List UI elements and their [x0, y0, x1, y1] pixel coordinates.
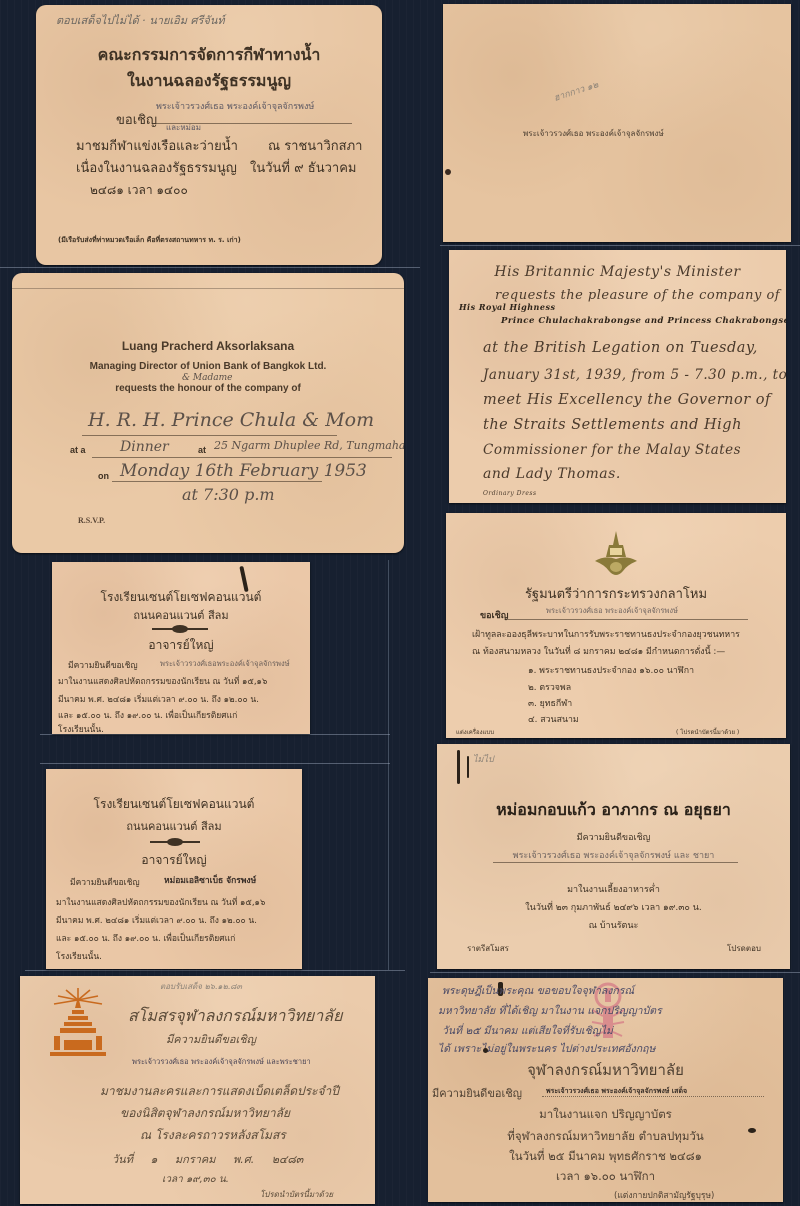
invitation-card-school-exhibition-1: โรงเรียนเซนต์โยเซฟคอนแวนต์ ถนนคอนแวนต์ ส…	[52, 562, 310, 734]
handwritten-note: ตอบเสด็จไปไม่ได้ · นายเอิม ศรีจันท์	[56, 11, 225, 29]
event-time: at 7:30 p.m	[182, 485, 275, 504]
body-line: มาในงานแสดงศิลปหัตถกรรมของนักเรียน ณ วัน…	[58, 674, 267, 688]
host-title: อาจารย์ใหญ่	[46, 851, 302, 870]
school-address: ถนนคอนแวนต์ สีลม	[52, 606, 310, 624]
body-line: เฝ้าทูลละอองธุลีพระบาทในการรับพระราชทานธ…	[472, 627, 740, 641]
invitation-card-water-sports: ตอบเสด็จไปไม่ได้ · นายเอิม ศรีจันท์ คณะก…	[36, 5, 382, 265]
invitee-name: พระเจ้าวรวงศ์เธอ พระองค์เจ้าจุลจักรพงษ์ …	[437, 848, 790, 862]
event-time: เวลา ๑๙,๓๐ น.	[162, 1172, 229, 1187]
invite-label: ขอเชิญ	[480, 608, 508, 622]
dress-code: แต่งเครื่องแบบ	[456, 727, 494, 737]
date-label: on	[98, 471, 109, 481]
university-title: จุฬาลงกรณ์มหาวิทยาลัย	[428, 1058, 783, 1082]
body-line: และ ๑๕.๐๐ น. ถึง ๑๙.๐๐ น. เพื่อเป็นเกียร…	[56, 931, 235, 945]
envelope-card: ฮากกาว ๑๒ พระเจ้าวรวงศ์เธอ พระองค์เจ้าจุ…	[443, 4, 791, 242]
body-line: มีนาคม พ.ศ. ๒๔๘๑ เริ่มแต่เวลา ๙.๐๐ น. ถึ…	[58, 692, 259, 706]
host-title: Managing Director of Union Bank of Bangk…	[12, 361, 404, 372]
date-text: ในวันที่ ๙ ธันวาคม	[250, 157, 356, 178]
ink-mark	[457, 750, 460, 784]
venue: 25 Ngarm Dhuplee Rd, Tungmahamek	[214, 439, 404, 452]
card-title: คณะกรรมการจัดการกีฬาทางน้ำ	[36, 43, 382, 68]
invitation-card-school-exhibition-2: โรงเรียนเซนต์โยเซฟคอนแวนต์ ถนนคอนแวนต์ ส…	[46, 769, 302, 969]
invitation-card-defence-ministry: รัฐมนตรีว่าการกระทรวงกลาโหม ขอเชิญ พระเจ…	[446, 513, 786, 738]
rsvp-label: โปรดตอบ	[727, 942, 761, 955]
body-line: the Straits Settlements and High	[483, 417, 742, 433]
invitation-card-british-legation: His Britannic Majesty's Minister request…	[449, 250, 786, 503]
intro-line: มีความยินดีขอเชิญ	[166, 1030, 256, 1048]
sleeve-edge	[40, 763, 390, 764]
body-line: มาชมงานละครและการแสดงเบ็ดเตล็ดประจำปี	[100, 1082, 339, 1101]
bring-card-note: ( โปรดนำบัตรนี้มาด้วย )	[676, 727, 739, 737]
body-text: เนื่องในงานฉลองรัฐธรรมนูญ	[76, 157, 237, 178]
invitee-extra: และหม่อม	[166, 121, 201, 134]
event-date: วันที่ ๑ มกราคม พ.ศ. ๒๔๘๓	[112, 1150, 303, 1168]
host-name: หม่อมกอบแก้ว อาภากร ณ อยุธยา	[437, 798, 790, 823]
pencil-note: ไม่ไป	[473, 752, 494, 766]
body-line: meet His Excellency the Governor of	[483, 392, 771, 408]
event-line: มาในงานแจก ปริญญาบัตร	[428, 1106, 783, 1124]
sleeve-edge	[25, 970, 405, 971]
body-line: Commissioner for the Malay States	[483, 442, 741, 458]
dress-code: Ordinary Dress	[483, 490, 537, 497]
guest-name: Prince Chulachakrabongse and Princess Ch…	[501, 316, 786, 326]
host-name: Luang Pracherd Aksorlaksana	[12, 339, 404, 353]
sleeve-edge	[0, 267, 420, 268]
bring-card-note: โปรดนำบัตรนี้มาด้วย	[260, 1188, 333, 1201]
chula-university-emblem-icon	[46, 986, 110, 1062]
sleeve-edge	[430, 972, 800, 973]
sleeve-edge	[40, 734, 390, 735]
addressee: พระเจ้าวรวงศ์เธอ พระองค์เจ้าจุลจักรพงษ์	[523, 127, 664, 140]
date-time-text: ๒๔๘๑ เวลา ๑๔๐๐	[90, 181, 188, 200]
request-line: requests the pleasure of the company of	[495, 288, 780, 303]
body-line: โรงเรียนนั้น.	[58, 722, 104, 734]
event-type: Dinner	[120, 439, 169, 455]
event-date: Monday 16th February 1953	[120, 461, 367, 481]
body-line: และ ๑๕.๐๐ น. ถึง ๑๙.๐๐ น. เพื่อเป็นเกียร…	[58, 708, 237, 722]
school-name: โรงเรียนเซนต์โยเซฟคอนแวนต์	[52, 588, 310, 607]
body-line: January 31st, 1939, from 5 - 7.30 p.m., …	[483, 367, 786, 383]
event-line: มาในงานเลี้ยงอาหารค่ำ	[437, 882, 790, 896]
club-title: สโมสรจุฬาลงกรณ์มหาวิทยาลัย	[128, 1004, 342, 1029]
schedule-item: ๒. ตรวจพล	[528, 680, 571, 694]
handwritten-reply-line: วันที่ ๒๕ มีนาคม แต่เสียใจที่รับเชิญไม่	[442, 1022, 613, 1039]
pencil-mark: ฮากกาว ๑๒	[552, 77, 600, 105]
invitation-card-chula-graduation: พระดุษฎีเป็นพระคุณ ขอขอบใจจุฬาลงกรณ์ มหา…	[428, 978, 783, 1202]
invite-label: มีความยินดีขอเชิญ	[70, 875, 140, 889]
royal-crest-icon	[593, 531, 639, 581]
request-line: requests the honour of the company of	[12, 383, 404, 394]
venue-label: at	[198, 445, 206, 455]
invite-label: ขอเชิญ	[116, 109, 157, 130]
body-text: มาชมกีฬาแข่งเรือและว่ายน้ำ	[76, 135, 238, 156]
body-line: and Lady Thomas.	[483, 466, 621, 482]
sleeve-edge	[440, 245, 800, 246]
host-name: His Britannic Majesty's Minister	[449, 264, 786, 280]
card-subtitle: ในงานฉลองรัฐธรรมนูญ	[36, 69, 382, 94]
handwritten-reply-line: ได้ เพราะไม่อยู่ในพระนคร ไปต่างประเทศอัง…	[438, 1040, 655, 1057]
invitee-name: พระเจ้าวรวงศ์เธอ พระองค์เจ้าจุลจักรพงษ์	[546, 605, 678, 617]
handwritten-addition: & Madame	[182, 373, 232, 383]
body-line: มีนาคม พ.ศ. ๒๔๘๑ เริ่มแต่เวลา ๙.๐๐ น. ถึ…	[56, 913, 257, 927]
school-address: ถนนคอนแวนต์ สีลม	[46, 817, 302, 835]
venue-line: ณ บ้านรัตนะ	[437, 918, 790, 932]
invitation-card-dinner-baan-ratana: ไม่ไป หม่อมกอบแก้ว อาภากร ณ อยุธยา มีควา…	[437, 744, 790, 969]
event-label: at a	[70, 445, 86, 455]
host-title: อาจารย์ใหญ่	[52, 636, 310, 655]
invitation-card-chula-club-theatre: ตอบรับเสด็จ ๒๖.๑๒.๘๓ สโมสรจุฬาลงกรณ์มหาว…	[20, 976, 375, 1204]
invite-label: มีความยินดีขอเชิญ	[68, 658, 138, 672]
body-line: ณ โรงละครถาวรหลังสโมสร	[140, 1126, 286, 1145]
intro-line: มีความยินดีขอเชิญ	[432, 1084, 522, 1102]
body-line: ของนิสิตจุฬาลงกรณ์มหาวิทยาลัย	[120, 1104, 290, 1123]
ink-mark	[467, 756, 469, 778]
ornament-divider	[150, 841, 200, 843]
date-line: ในวันที่ ๒๕ มีนาคม พุทธศักราช ๒๔๘๑	[428, 1148, 783, 1166]
guest-title: His Royal Highness	[459, 302, 555, 312]
sleeve-edge	[388, 560, 389, 970]
invitee-name: พระเจ้าวรวงศ์เธอ พระองค์เจ้าจุลจักรพงษ์ …	[132, 1056, 311, 1068]
body-line: โรงเรียนนั้น.	[56, 949, 102, 963]
body-line: มาในงานแสดงศิลปหัตถกรรมของนักเรียน ณ วัน…	[56, 895, 265, 909]
guest-name: H. R. H. Prince Chula & Mom	[88, 409, 374, 431]
handwritten-reply-line: พระดุษฎีเป็นพระคุณ ขอขอบใจจุฬาลงกรณ์	[442, 982, 634, 999]
invitee-name: พระเจ้าวรวงศ์เธอพระองค์เจ้าจุลจักรพงษ์	[160, 658, 290, 670]
schedule-item: ๑. พระราชทานธงประจำกอง ๑๖.๐๐ นาฬิกา	[528, 663, 694, 677]
schedule-item: ๔. สวนสนาม	[528, 712, 579, 726]
invitee-name: หม่อมเอลิซาเบ็ธ จักรพงษ์	[164, 873, 256, 887]
ornament-divider	[152, 628, 208, 630]
dress-code: ราตรีสโมสร	[467, 942, 509, 955]
pencil-note: ตอบรับเสด็จ ๒๖.๑๒.๘๓	[160, 980, 242, 993]
schedule-item: ๓. ยุทธกีฬา	[528, 696, 572, 710]
footnote: (มีเรือรับส่งที่ท่าหมวดเรือเล็ก คือที่ตร…	[58, 235, 241, 246]
rsvp-label: R.S.V.P.	[78, 516, 105, 525]
intro-line: มีความยินดีขอเชิญ	[437, 830, 790, 844]
handwritten-reply-line: มหาวิทยาลัย ที่ได้เชิญ มาในงาน แจกปริญญา…	[438, 1002, 662, 1019]
body-line: at the British Legation on Tuesday,	[483, 340, 758, 356]
venue-line: ที่จุฬาลงกรณ์มหาวิทยาลัย ตำบลปทุมวัน	[428, 1128, 783, 1146]
time-line: เวลา ๑๖.๐๐ นาฬิกา	[428, 1168, 783, 1186]
date-time-line: ในวันที่ ๒๓ กุมภาพันธ์ ๒๔๙๖ เวลา ๑๙.๓๐ น…	[437, 900, 790, 914]
invitation-card-union-bank-dinner: Luang Pracherd Aksorlaksana Managing Dir…	[12, 273, 404, 553]
ministry-title: รัฐมนตรีว่าการกระทรวงกลาโหม	[446, 583, 786, 604]
dress-code: (แต่งกายปกติสามัญรัฐบุรุษ)	[614, 1188, 714, 1202]
pin-hole	[445, 169, 451, 175]
venue-text: ณ ราชนาวิกสภา	[268, 135, 362, 156]
school-name: โรงเรียนเซนต์โยเซฟคอนแวนต์	[46, 795, 302, 814]
invitee-name: พระเจ้าวรวงศ์เธอ พระองค์เจ้าจุลจักรพงษ์	[156, 99, 314, 113]
body-line: ณ ท้องสนามหลวง ในวันที่ ๘ มกราคม ๒๔๘๑ มี…	[472, 644, 725, 658]
